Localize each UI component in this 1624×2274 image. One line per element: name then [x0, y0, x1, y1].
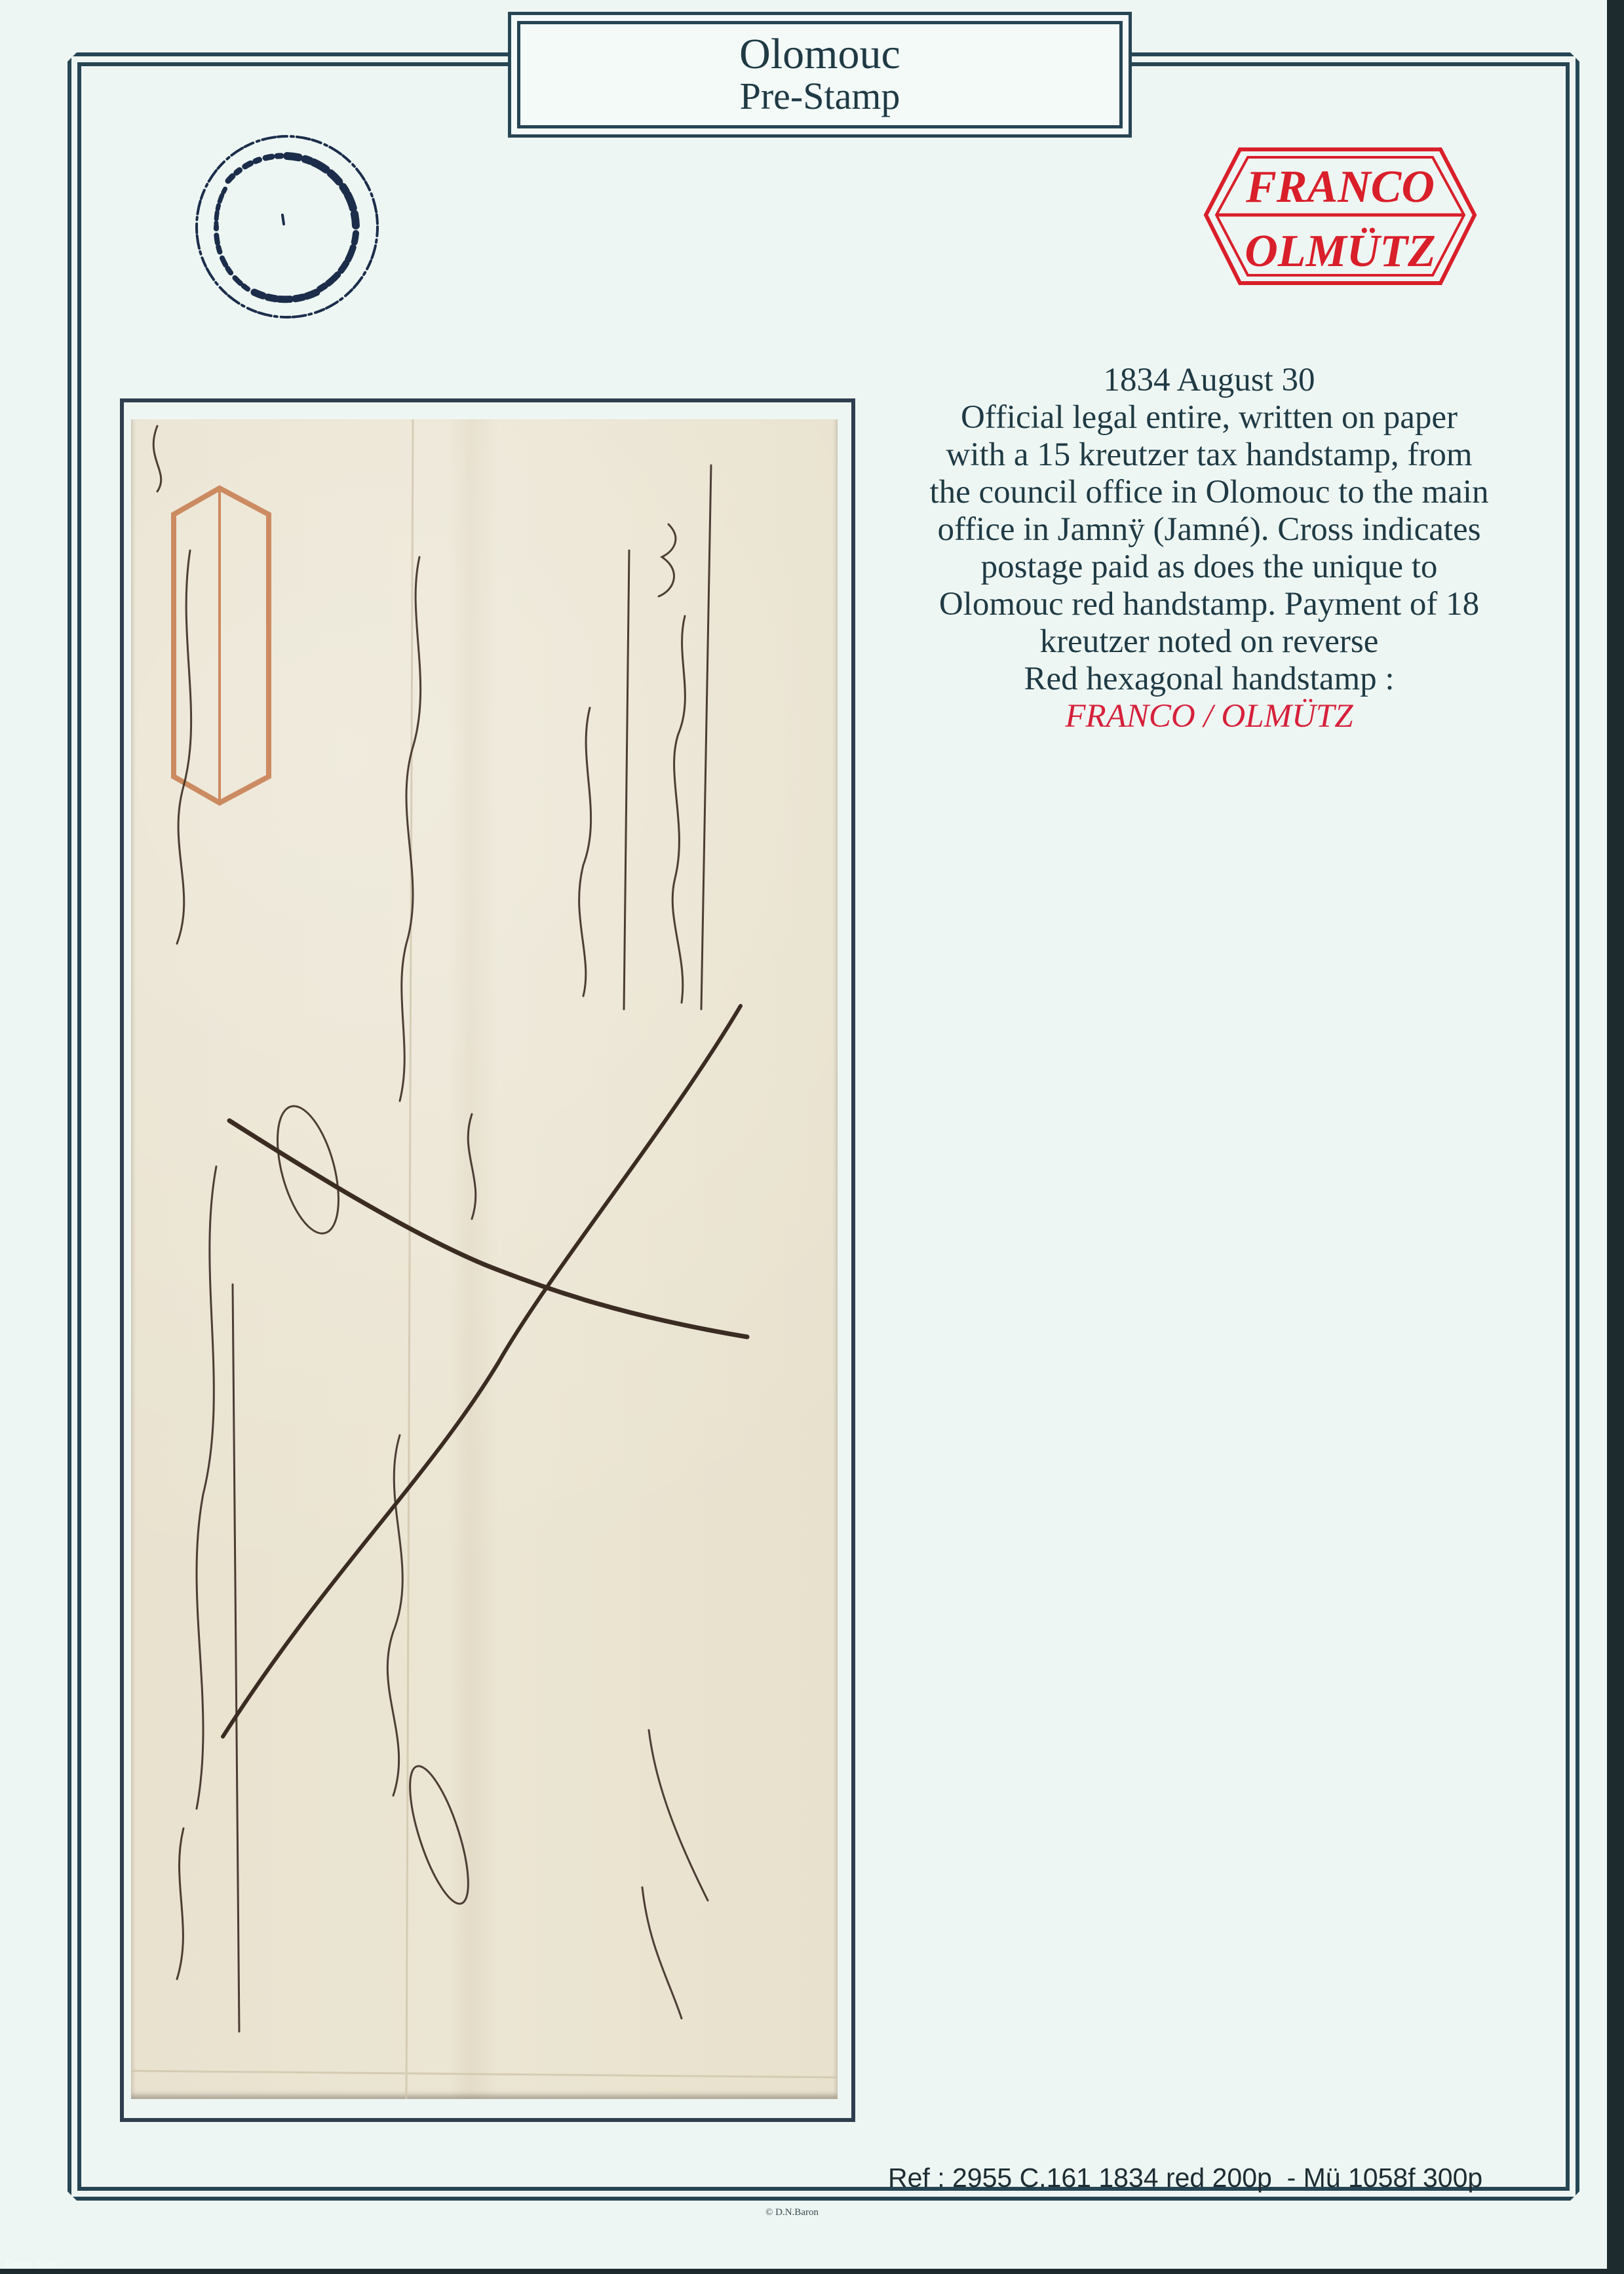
title-box: Olomouc Pre-Stamp: [508, 12, 1132, 138]
circular-datestamp-icon: [189, 128, 385, 325]
description-line: Red hexagonal handstamp :: [872, 661, 1547, 698]
svg-text:OLMÜTZ: OLMÜTZ: [1245, 226, 1436, 277]
description-line: with a 15 kreutzer tax handstamp, from: [872, 436, 1547, 474]
description-line: Official legal entire, written on paper: [872, 399, 1547, 436]
title-box-inner: Olomouc Pre-Stamp: [517, 21, 1123, 128]
description-line: Olomouc red handstamp. Payment of 18: [872, 586, 1547, 623]
scan-edge-bottom: [0, 2269, 1624, 2274]
watermark: Derek Baron: [5, 2259, 62, 2269]
page-subtitle: Pre-Stamp: [740, 76, 900, 117]
description-line: the council office in Olomouc to the mai…: [872, 474, 1547, 511]
item-description: 1834 August 30 Official legal entire, wr…: [872, 362, 1547, 735]
copyright-notice: © D.N.Baron: [765, 2207, 819, 2218]
handstamp-name: FRANCO / OLMÜTZ: [872, 698, 1547, 735]
hexagonal-handstamp-icon: FRANCO OLMÜTZ: [1193, 131, 1488, 301]
scan-edge-right: [1607, 0, 1624, 2274]
catalogue-reference: Ref : 2955 C.161 1834 red 200p - Mü 1058…: [888, 2163, 1482, 2193]
description-line: postage paid as does the unique to: [872, 549, 1547, 586]
description-line: kreutzer noted on reverse: [872, 623, 1547, 661]
folded-letter-entire: [131, 419, 838, 2099]
description-date: 1834 August 30: [872, 362, 1547, 399]
svg-text:FRANCO: FRANCO: [1245, 162, 1435, 212]
description-line: office in Jamnÿ (Jamné). Cross indicates: [872, 511, 1547, 549]
page-title: Olomouc: [739, 33, 900, 76]
